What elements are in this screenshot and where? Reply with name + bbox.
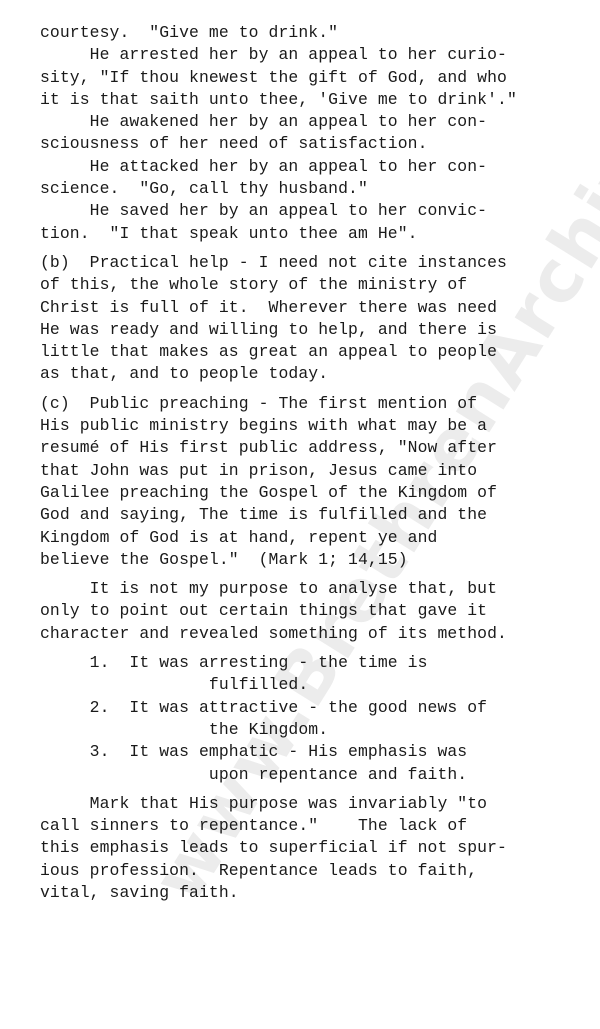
text-line: ious profession. Repentance leads to fai… [40,860,580,882]
text-line: only to point out certain things that ga… [40,600,580,622]
text-line: call sinners to repentance." The lack of [40,815,580,837]
closing-paragraph: Mark that His purpose was invariably "to… [40,793,580,904]
text-line: (c) Public preaching - The first mention… [40,393,580,415]
purpose-paragraph: It is not my purpose to analyse that, bu… [40,578,580,645]
document-page: www.BrethrenArchive.org courtesy. "Give … [0,0,600,1029]
typewritten-text: courtesy. "Give me to drink." He arreste… [40,22,580,904]
section-c-public-preaching: (c) Public preaching - The first mention… [40,393,580,571]
text-line: He arrested her by an appeal to her curi… [40,44,580,66]
intro-paragraphs: courtesy. "Give me to drink." He arreste… [40,22,580,245]
text-line: tion. "I that speak unto thee am He". [40,223,580,245]
section-b-practical-help: (b) Practical help - I need not cite ins… [40,252,580,386]
text-line: (b) Practical help - I need not cite ins… [40,252,580,274]
text-line: as that, and to people today. [40,363,580,385]
paragraph-gap [40,786,580,793]
text-line: of this, the whole story of the ministry… [40,274,580,296]
text-line: it is that saith unto thee, 'Give me to … [40,89,580,111]
paragraph-gap [40,571,580,578]
text-line: resumé of His first public address, "Now… [40,437,580,459]
paragraph-gap [40,386,580,393]
text-line: He saved her by an appeal to her convic- [40,200,580,222]
text-line: He attacked her by an appeal to her con- [40,156,580,178]
list-item: 1. It was arresting - the time is [40,652,580,674]
text-line: He was ready and willing to help, and th… [40,319,580,341]
text-line: this emphasis leads to superficial if no… [40,837,580,859]
paragraph-gap [40,245,580,252]
text-line: His public ministry begins with what may… [40,415,580,437]
text-line: It is not my purpose to analyse that, bu… [40,578,580,600]
text-line: that John was put in prison, Jesus came … [40,460,580,482]
numbered-list: 1. It was arresting - the time is fulfil… [40,652,580,786]
list-item-continuation: fulfilled. [40,674,580,696]
text-line: sity, "If thou knewest the gift of God, … [40,67,580,89]
text-line: courtesy. "Give me to drink." [40,22,580,44]
list-item-continuation: upon repentance and faith. [40,764,580,786]
text-line: science. "Go, call thy husband." [40,178,580,200]
text-line: Kingdom of God is at hand, repent ye and [40,527,580,549]
text-line: vital, saving faith. [40,882,580,904]
list-item: 3. It was emphatic - His emphasis was [40,741,580,763]
paragraph-gap [40,645,580,652]
text-line: sciousness of her need of satisfaction. [40,133,580,155]
text-line: character and revealed something of its … [40,623,580,645]
text-line: God and saying, The time is fulfilled an… [40,504,580,526]
text-line: Mark that His purpose was invariably "to [40,793,580,815]
text-line: Christ is full of it. Wherever there was… [40,297,580,319]
list-item-continuation: the Kingdom. [40,719,580,741]
text-line: little that makes as great an appeal to … [40,341,580,363]
text-line: believe the Gospel." (Mark 1; 14,15) [40,549,580,571]
list-item: 2. It was attractive - the good news of [40,697,580,719]
text-line: Galilee preaching the Gospel of the King… [40,482,580,504]
text-line: He awakened her by an appeal to her con- [40,111,580,133]
